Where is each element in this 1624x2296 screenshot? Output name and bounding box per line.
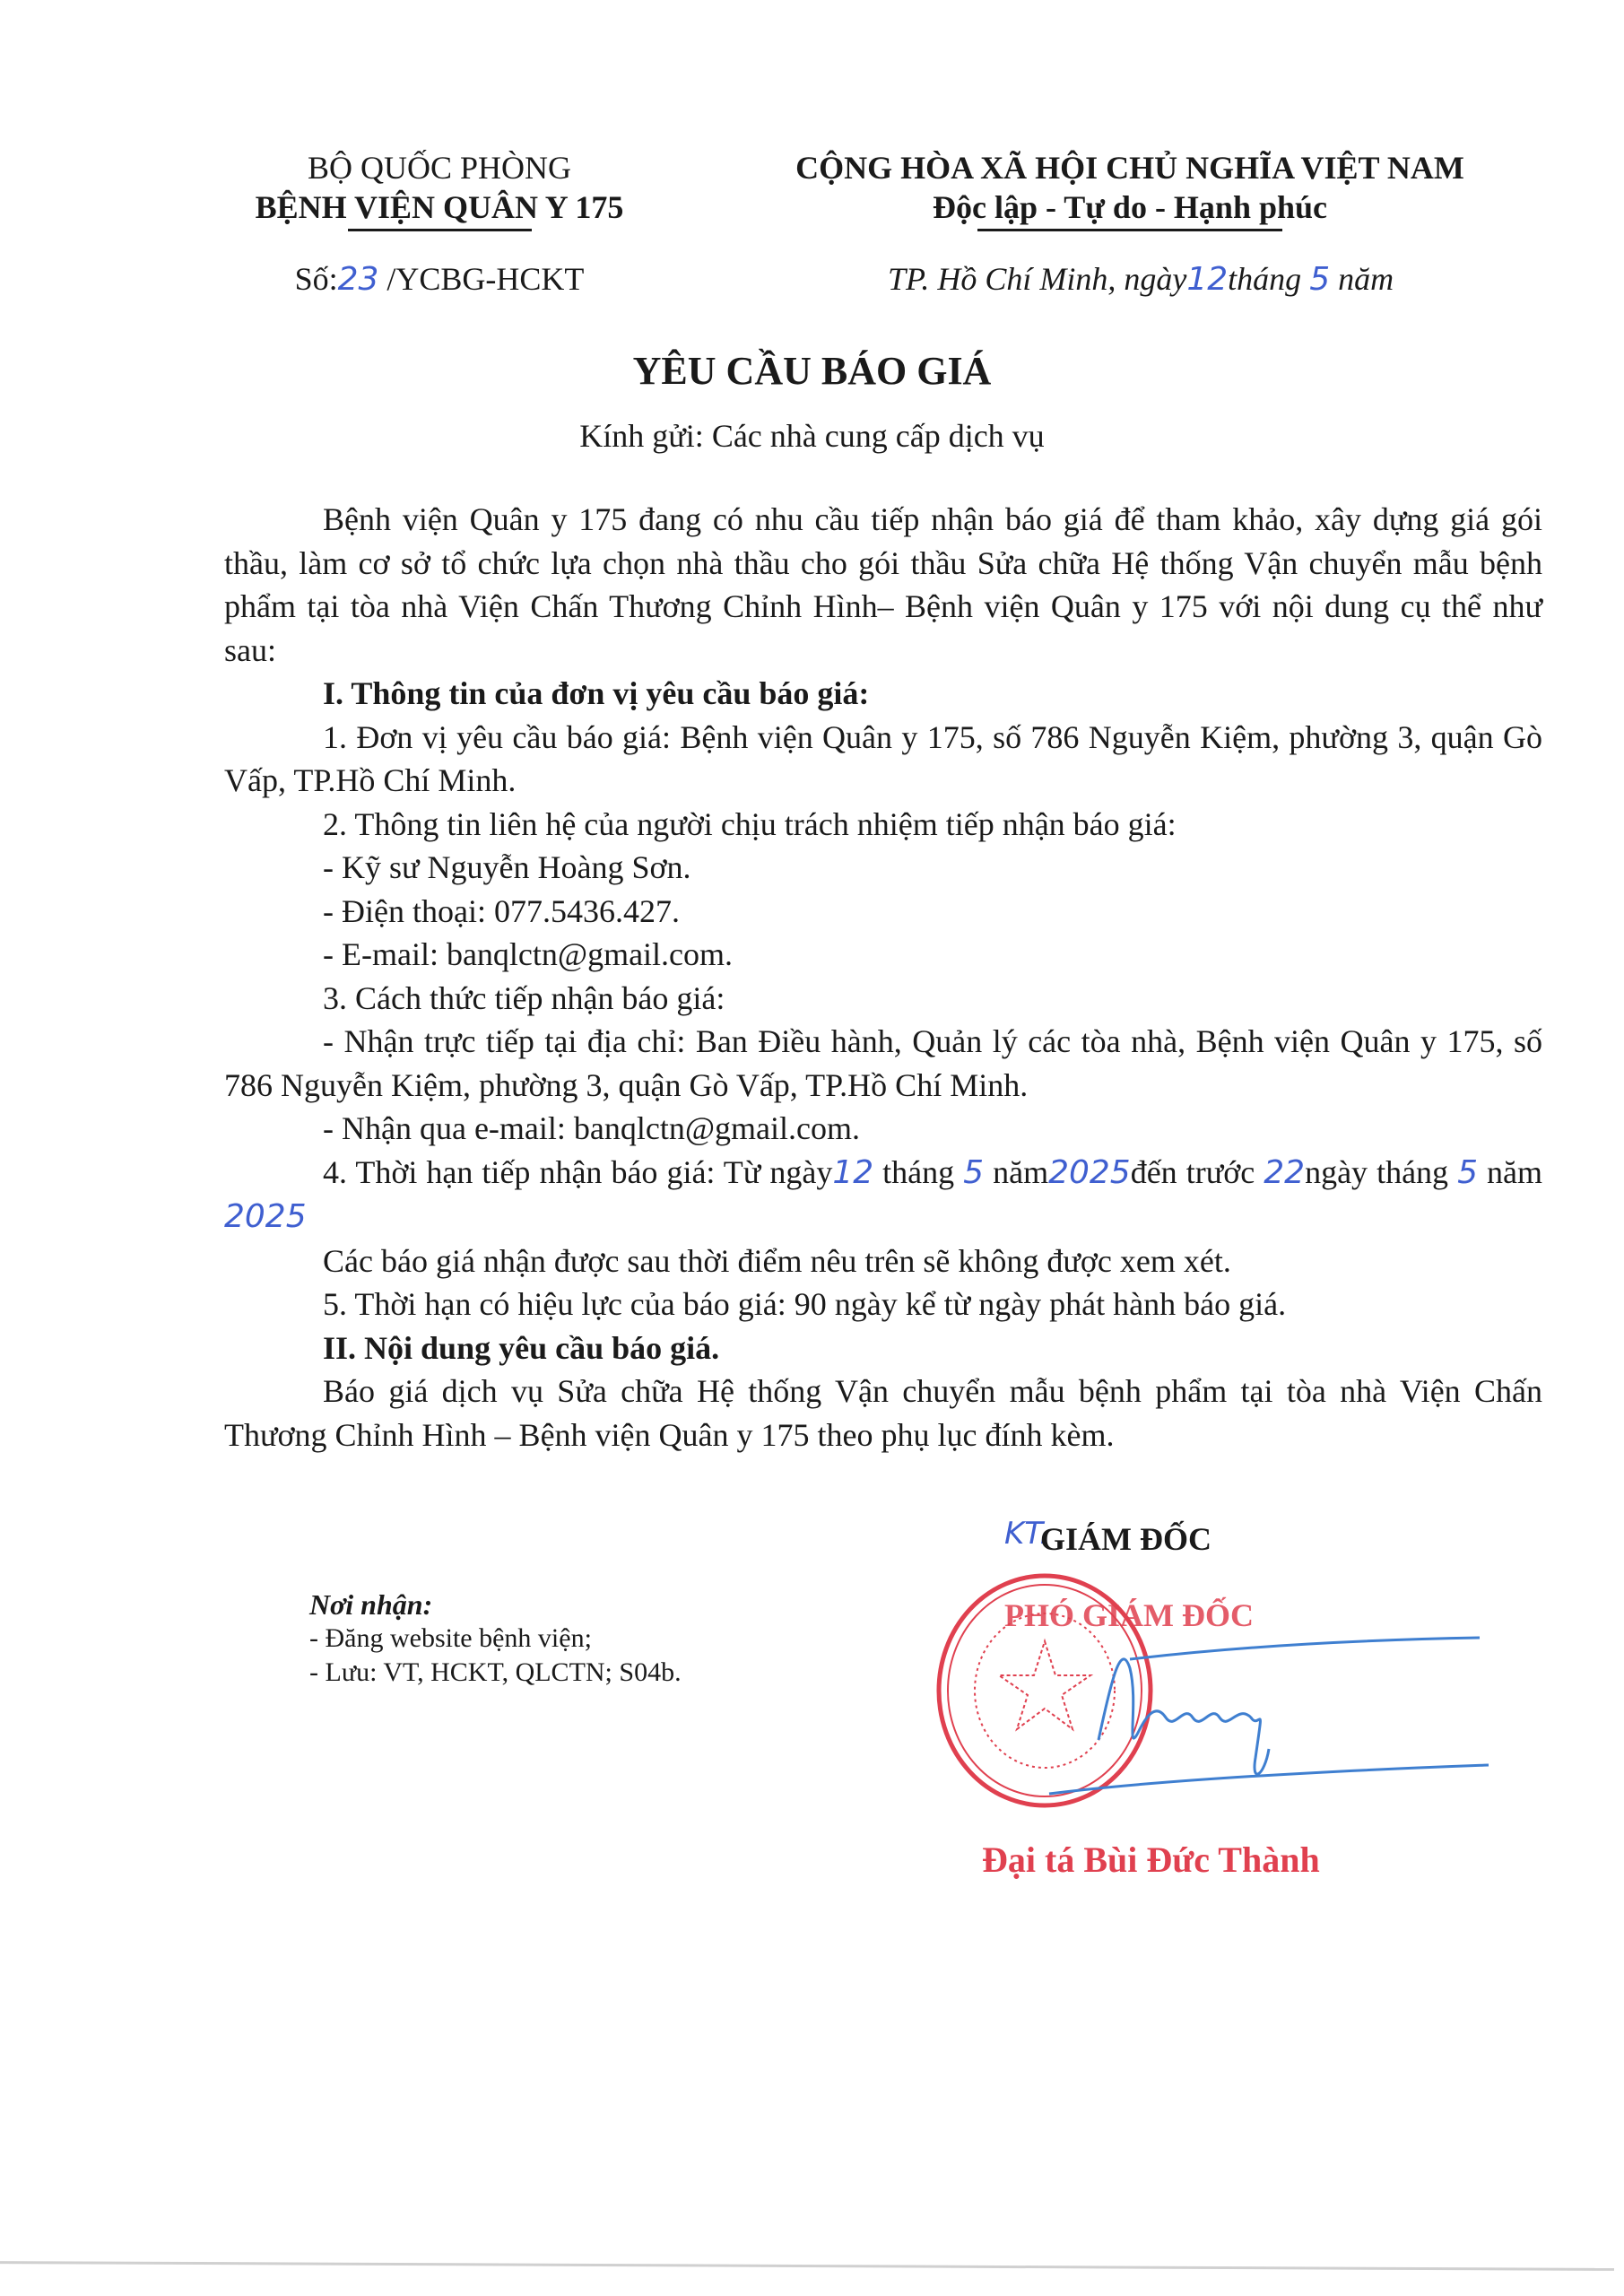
contact-name: - Kỹ sư Nguyễn Hoàng Sơn. xyxy=(224,846,1542,890)
day-to: 22 xyxy=(1264,1154,1305,1191)
document-number: Số:23 /YCBG-HCKT xyxy=(206,260,673,298)
header-right: CỘNG HÒA XÃ HỘI CHỦ NGHĨA VIỆT NAM Độc l… xyxy=(735,148,1524,231)
section1-item3: 3. Cách thức tiếp nhận báo giá: xyxy=(224,977,1542,1021)
section1-item1: 1. Đơn vị yêu cầu báo giá: Bệnh viện Quâ… xyxy=(224,716,1542,803)
number-suffix: /YCBG-HCKT xyxy=(386,261,584,297)
number-handwritten: 23 xyxy=(338,261,379,298)
date-prefix: TP. Hồ Chí Minh, ngày xyxy=(888,261,1186,297)
signature-title: GIÁM ĐỐC xyxy=(1040,1520,1211,1558)
section1-item5: 5. Thời hạn có hiệu lực của báo giá: 90 … xyxy=(224,1283,1542,1326)
month-from: 5 xyxy=(963,1154,984,1191)
section2-heading: II. Nội dung yêu cầu báo giá. xyxy=(224,1326,1542,1370)
section2-content: Báo giá dịch vụ Sửa chữa Hệ thống Vận ch… xyxy=(224,1370,1542,1457)
addressee: Kính gửi: Các nhà cung cấp dịch vụ xyxy=(0,417,1624,455)
date-month: 5 xyxy=(1309,261,1330,298)
date-year-label: năm xyxy=(1338,261,1394,297)
national-motto: Độc lập - Tự do - Hạnh phúc xyxy=(735,187,1524,227)
recipient-item: - Lưu: VT, HCKT, QLCTN; S04b. xyxy=(309,1656,682,1690)
section1-heading: I. Thông tin của đơn vị yêu cầu báo giá: xyxy=(224,672,1542,716)
recipient-item: - Đăng website bệnh viện; xyxy=(309,1622,682,1656)
date-day: 12 xyxy=(1186,261,1228,298)
deadline-text: ngày tháng xyxy=(1305,1154,1457,1190)
year-from: 2025 xyxy=(1048,1154,1131,1191)
country-name: CỘNG HÒA XÃ HỘI CHỦ NGHĨA VIỆT NAM xyxy=(735,148,1524,187)
scan-edge-line xyxy=(0,2261,1614,2271)
contact-phone: - Điện thoại: 077.5436.427. xyxy=(224,890,1542,934)
section1-item2: 2. Thông tin liên hệ của người chịu trác… xyxy=(224,803,1542,847)
late-note: Các báo giá nhận được sau thời điểm nêu … xyxy=(224,1239,1542,1283)
signer-name: Đại tá Bùi Đức Thành xyxy=(982,1839,1320,1881)
deadline-text: tháng xyxy=(873,1154,963,1190)
document-body: Bệnh viện Quân y 175 đang có nhu cầu tiế… xyxy=(224,498,1542,1457)
deadline-text: năm xyxy=(984,1154,1048,1190)
intro-paragraph: Bệnh viện Quân y 175 đang có nhu cầu tiế… xyxy=(224,498,1542,672)
date-month-label: tháng xyxy=(1228,261,1301,297)
recipients-heading: Nơi nhận: xyxy=(309,1587,682,1622)
recipients-block: Nơi nhận: - Đăng website bệnh viện; - Lư… xyxy=(309,1587,682,1690)
section1-item4: 4. Thời hạn tiếp nhận báo giá: Từ ngày12… xyxy=(224,1151,1542,1239)
organization-name: BỆNH VIỆN QUÂN Y 175 xyxy=(206,187,673,227)
receive-email: - Nhận qua e-mail: banqlctn@gmail.com. xyxy=(224,1107,1542,1151)
signature-scribble-icon xyxy=(1013,1605,1498,1803)
number-prefix: Số: xyxy=(295,261,338,297)
deadline-text: năm xyxy=(1478,1154,1542,1190)
deadline-text: 4. Thời hạn tiếp nhận báo giá: Từ ngày xyxy=(323,1154,832,1190)
header-left: BỘ QUỐC PHÒNG BỆNH VIỆN QUÂN Y 175 xyxy=(206,148,673,231)
receive-direct: - Nhận trực tiếp tại địa chỉ: Ban Điều h… xyxy=(224,1020,1542,1107)
month-to: 5 xyxy=(1457,1154,1478,1191)
divider xyxy=(977,229,1282,231)
ministry-name: BỘ QUỐC PHÒNG xyxy=(206,148,673,187)
document-title: YÊU CẦU BÁO GIÁ xyxy=(0,348,1624,394)
divider xyxy=(348,229,532,231)
document-date: TP. Hồ Chí Minh, ngày12tháng 5 năm xyxy=(888,260,1394,298)
year-to: 2025 xyxy=(224,1198,307,1235)
day-from: 12 xyxy=(832,1154,873,1191)
deadline-text: đến trước xyxy=(1131,1154,1264,1190)
contact-email: - E-mail: banqlctn@gmail.com. xyxy=(224,933,1542,977)
